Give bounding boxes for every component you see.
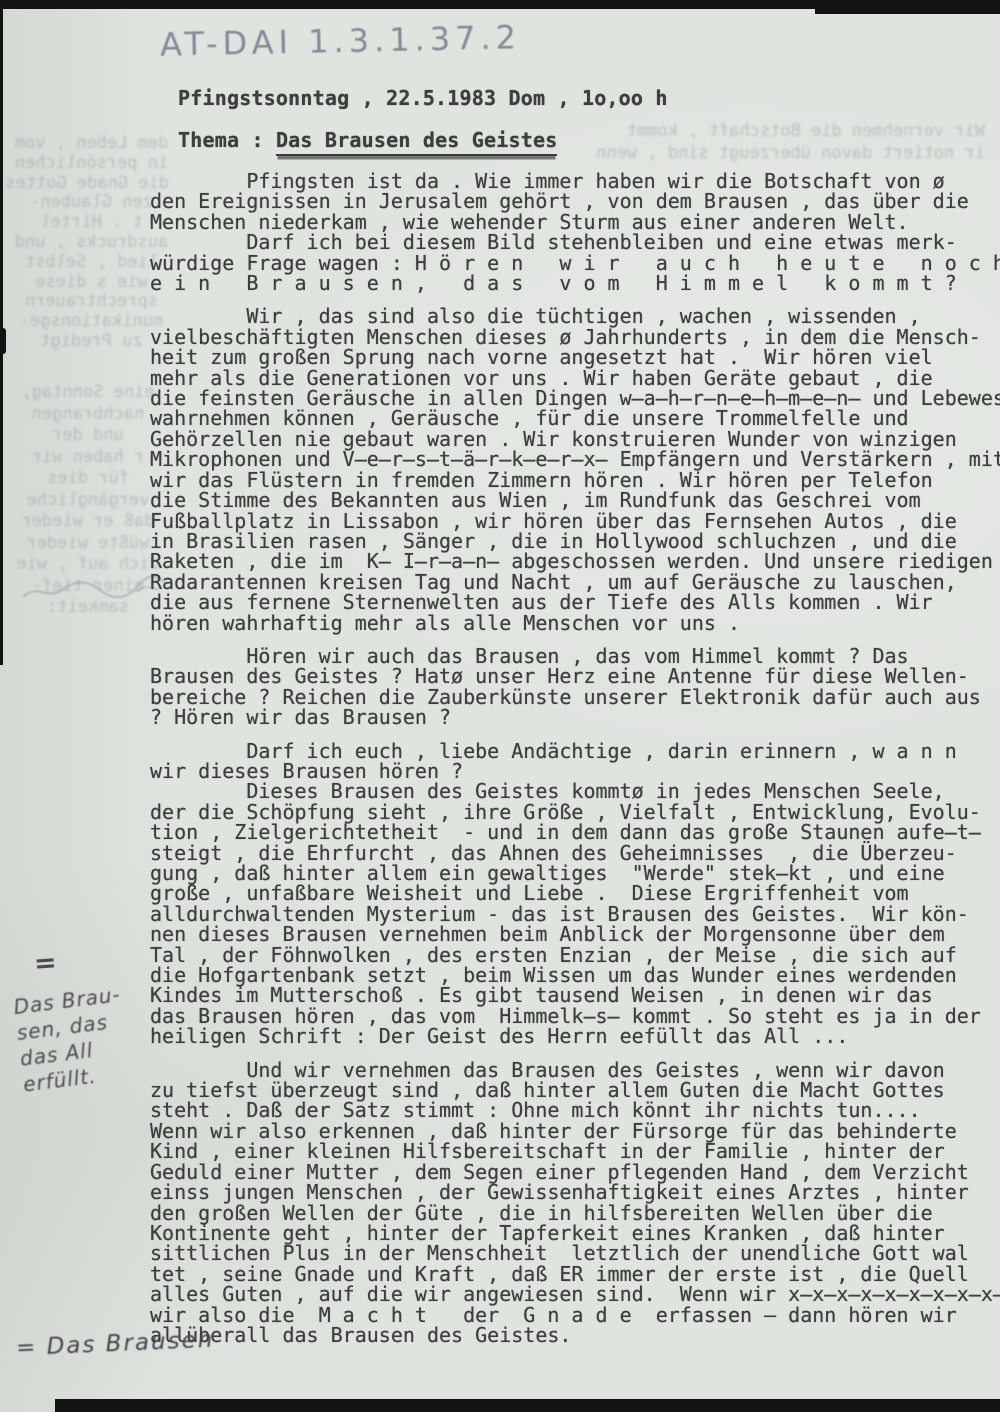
scanned-sermon-page: Wir vernehmen die Botschaft , kommt ir n… xyxy=(0,0,1000,1412)
paragraph-und-wir-vernehmen: Und wir vernehmen das Brausen des Geiste… xyxy=(150,1060,1000,1346)
margin-equals-mark: = xyxy=(33,947,58,980)
scan-border-top-right xyxy=(815,0,1000,14)
sermon-body: Pfingsten ist da . Wie immer haben wir d… xyxy=(150,171,1000,1358)
paragraph-pfingsten: Pfingsten ist da . Wie immer haben wir d… xyxy=(150,171,1000,293)
paragraph-dieses-brausen: Darf ich euch , liebe Andächtige , darin… xyxy=(150,741,1000,1047)
paragraph-wir-die-tuechtigen: Wir , das sind also die tüchtigen , wach… xyxy=(150,306,1000,633)
margin-note-handwriting: Das Brau- sen, das das All erfüllt. xyxy=(12,978,154,1097)
theme-label: Thema : xyxy=(178,128,276,152)
paragraph-hoeren-wir: Hören wir auch das Brausen , das vom Him… xyxy=(150,646,1000,728)
theme-title: Das Brausen des Geistes xyxy=(276,128,558,156)
sermon-date-line: Pfingstsonntag , 22.5.1983 Dom , 1o,oo h xyxy=(178,86,668,110)
bleedthrough-text-top: Wir vernehmen die Botschaft , kommt ir n… xyxy=(505,120,985,164)
archive-reference-handwriting: AT-DAI 1.3.1.37.2 xyxy=(160,18,522,64)
scan-border-left-blob xyxy=(0,328,6,354)
theme-line: Thema : Das Brausen des Geistes xyxy=(178,128,557,156)
bleedthrough-signature-squiggle xyxy=(18,566,168,610)
scan-border-bottom xyxy=(55,1399,1000,1412)
bleedthrough-text-left-upper: dem Leben , vom in persönlichen die Gnad… xyxy=(14,134,169,352)
